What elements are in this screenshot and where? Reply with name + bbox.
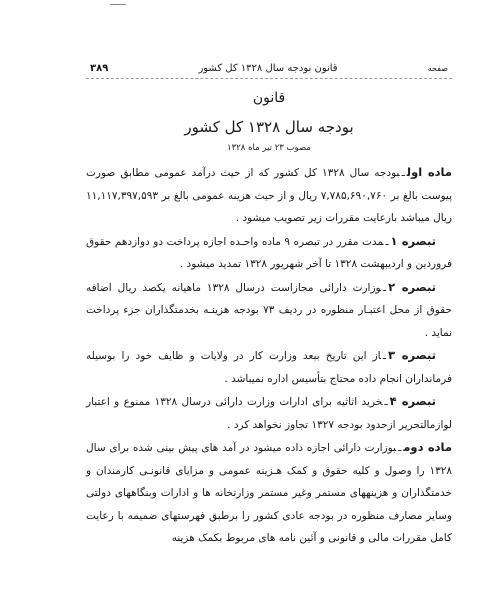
document-type: قانون: [86, 87, 452, 109]
article-text: بودجه سال ۱۳۲۸ کل کشور که از حیث درآمد ع…: [86, 167, 452, 224]
note-label: تبصره ۲: [388, 280, 436, 294]
note-3: تبصره ۳ـاز این تاریخ ببعد وزارت کار در و…: [86, 344, 452, 390]
article-1: ماده اولـبودجه سال ۱۳۲۸ کل کشور که از حی…: [86, 161, 452, 230]
running-header: صفحه قانون بودجه سال ۱۳۲۸ کل کشور ۳۸۹: [86, 62, 452, 76]
document-title: بودجه سال ۱۳۲۸ کل کشور: [86, 115, 452, 139]
article-label: ماده اول: [407, 165, 452, 179]
note-label: تبصره ۱: [391, 234, 436, 248]
scan-artifact: [110, 4, 126, 5]
note-label: تبصره ۴: [390, 394, 436, 408]
article-text: بوزارت دارائی اجازه داده میشود در آمد ها…: [86, 442, 452, 544]
note-2: تبصره ۲ـوزارت دارائی مجازاست درسال ۱۳۲۸ …: [86, 276, 452, 345]
article-label: ماده دوم: [403, 440, 452, 454]
dash-separator: ـ: [383, 282, 386, 294]
dash-separator: ـ: [385, 236, 388, 248]
dash-separator: ـ: [398, 442, 401, 454]
note-4: تبصره ۴ـخرید اثاثیه برای ادارات وزارت دا…: [86, 390, 452, 436]
header-divider: [86, 78, 452, 79]
header-title: قانون بودجه سال ۱۳۲۸ کل کشور: [198, 62, 337, 76]
page-label: صفحه: [428, 62, 448, 76]
page-number: ۳۸۹: [90, 62, 108, 76]
document-body: ماده اولـبودجه سال ۱۳۲۸ کل کشور که از حی…: [86, 161, 452, 550]
note-label: تبصره ۳: [388, 348, 436, 362]
approval-date: مصوب ۲۳ تیر ماه ۱۳۲۸: [86, 141, 452, 155]
article-2: ماده دومـبوزارت دارائی اجازه داده میشود …: [86, 436, 452, 550]
dash-separator: ـ: [402, 167, 405, 179]
dash-separator: ـ: [383, 350, 386, 362]
dash-separator: ـ: [385, 396, 388, 408]
note-1: تبصره ۱ـمدت مقرر در تبصره ۹ ماده واحـده …: [86, 230, 452, 276]
document-page: صفحه قانون بودجه سال ۱۳۲۸ کل کشور ۳۸۹ قا…: [86, 62, 452, 550]
